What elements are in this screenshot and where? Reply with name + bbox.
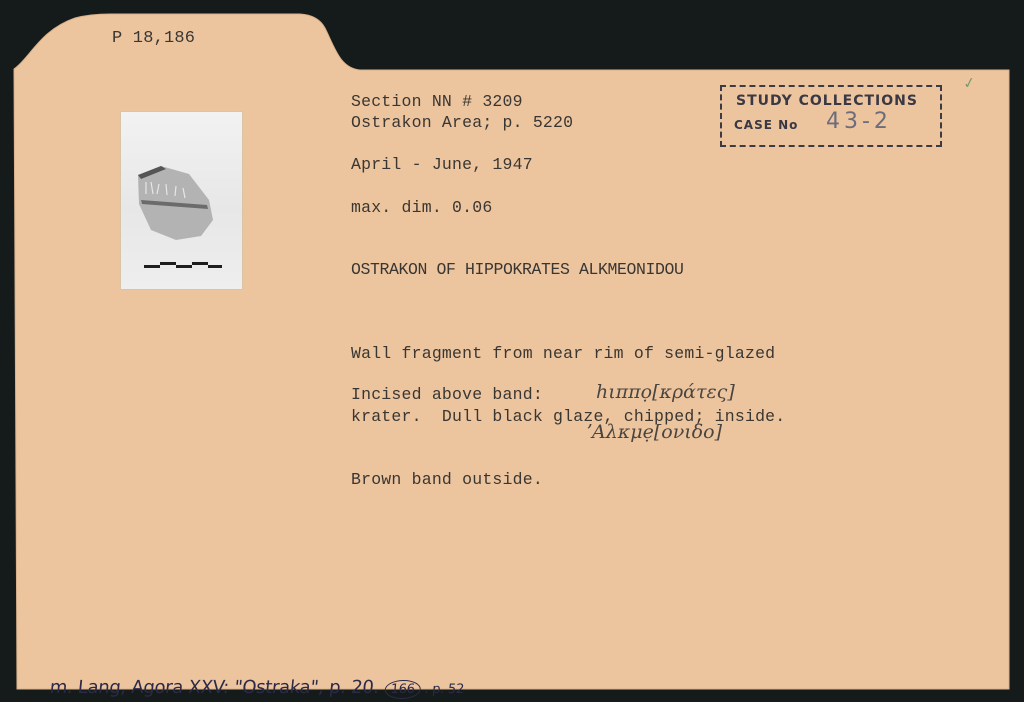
excavation-area: Ostrakon Area; p. 5220 — [351, 112, 573, 133]
stamp-case-number: 43-2 — [826, 109, 892, 134]
page-reference: . p. 52 — [424, 682, 465, 697]
ostrakon-photo — [121, 112, 242, 289]
object-title: OSTRAKON OF HIPPOKRATES ALKMEONIDOU — [351, 259, 684, 280]
incised-label: Incised above band: — [351, 384, 543, 405]
excavation-date: April - June, 1947 — [351, 154, 533, 175]
greek-inscription-line-1: hιππọ[κράτες] — [596, 381, 735, 403]
bibliography-text: m. Lang, Agora XXV: "Ostraka", p. 20. — [49, 677, 380, 698]
study-collections-stamp: STUDY COLLECTIONS CASE No 43-2 — [720, 85, 942, 147]
max-dimension: max. dim. 0.06 — [351, 197, 492, 218]
object-description: Wall fragment from near rim of semi-glaz… — [351, 301, 785, 511]
greek-inscription-line-2: ʼΑλκμẹ[ονιδο] — [586, 421, 722, 443]
scale-bar-icon — [121, 112, 242, 289]
description-line: Wall fragment from near rim of semi-glaz… — [351, 343, 785, 364]
stamp-title: STUDY COLLECTIONS — [736, 93, 918, 109]
stamp-case-label: CASE No — [734, 118, 798, 132]
circled-catalog-number: 166 — [384, 680, 422, 699]
description-line: Brown band outside. — [351, 469, 785, 490]
bibliography-note: m. Lang, Agora XXV: "Ostraka", p. 20.166… — [38, 656, 468, 699]
catalog-number: P 18,186 — [112, 28, 195, 49]
section-number: Section NN # 3209 — [351, 91, 523, 112]
